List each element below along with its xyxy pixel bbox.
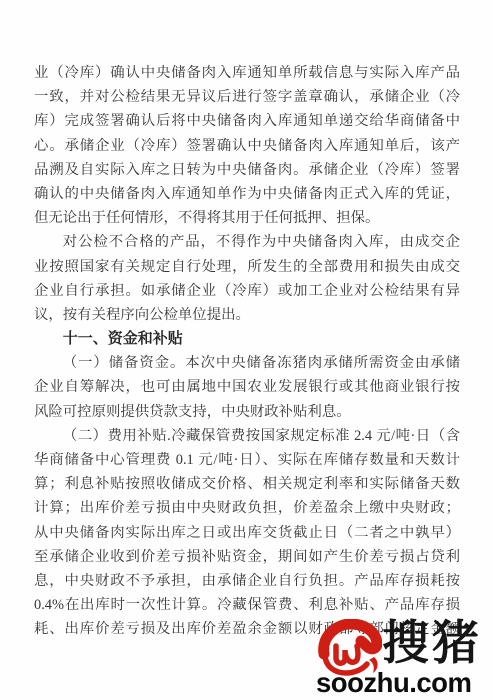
document-line: （二）费用补贴.冷藏保管费按国家规定标准 2.4 元/吨·日（含: [34, 424, 460, 448]
document-line: 但无论出于任何情形，不得将其用于任何抵押、担保。: [34, 206, 460, 230]
document-line: 至承储企业收到价差亏损补贴资金，期间如产生价差亏损占贷利: [34, 545, 460, 569]
watermark-brand-text: 搜猪: [382, 614, 482, 674]
document-text-block: 业（冷库）确认中央储备肉入库通知单所载信息与实际入库产品一致，并对公检结果无异议…: [34, 61, 460, 642]
document-line: 一致，并对公检结果无异议后进行签字盖章确认，承储企业（冷: [34, 85, 460, 109]
document-line: 库）完成签署确认后将中央储备肉入库通知单递交给华商储备中: [34, 109, 460, 133]
document-line: 企业自行承担。如承储企业（冷库）或加工企业对公检结果有异: [34, 279, 460, 303]
document-line: 华商储备中心管理费 0.1 元/吨·日）、实际在库储存数量和天数计: [34, 448, 460, 472]
document-line: 业（冷库）确认中央储备肉入库通知单所载信息与实际入库产品: [34, 61, 460, 85]
document-line: 品溯及自实际入库之日转为中央储备肉。承储企业（冷库）签署: [34, 158, 460, 182]
section-heading: 十一、资金和补贴: [34, 327, 460, 351]
document-line: 议，按有关程序向公检单位提出。: [34, 303, 460, 327]
document-line: 对公检不合格的产品，不得作为中央储备肉入库，由成交企: [34, 230, 460, 254]
watermark-site-url: soozhu.com: [316, 668, 471, 698]
document-line: 计算；出库价差亏损由中央财政负担，价差盈余上缴中央财政；: [34, 496, 460, 520]
document-line: 企业自筹解决，也可由属地中国农业发展银行或其他商业银行按: [34, 375, 460, 399]
document-line: 心。承储企业（冷库）签署确认中央储备肉入库通知单后，该产: [34, 134, 460, 158]
document-line: 风险可控原则提供贷款支持，中央财政补贴利息。: [34, 400, 460, 424]
document-line: 业按照国家有关规定自行处理，所发生的全部费用和损失由成交: [34, 255, 460, 279]
soozhu-watermark: 搜猪 soozhu.com: [316, 616, 493, 700]
document-line: 确认的中央储备肉入库通知单作为中央储备肉正式入库的凭证，: [34, 182, 460, 206]
document-line: 算；利息补贴按照收储成交价格、相关规定利率和实际储备天数: [34, 472, 460, 496]
document-line: 从中央储备肉实际出库之日或出库交货截止日（二者之中孰早）: [34, 521, 460, 545]
document-line: 息，中央财政不予承担，由承储企业自行负担。产品库存损耗按: [34, 569, 460, 593]
document-page: 业（冷库）确认中央储备肉入库通知单所载信息与实际入库产品一致，并对公检结果无异议…: [0, 0, 493, 700]
document-line: （一）储备资金。本次中央储备冻猪肉承储所需资金由承储: [34, 351, 460, 375]
